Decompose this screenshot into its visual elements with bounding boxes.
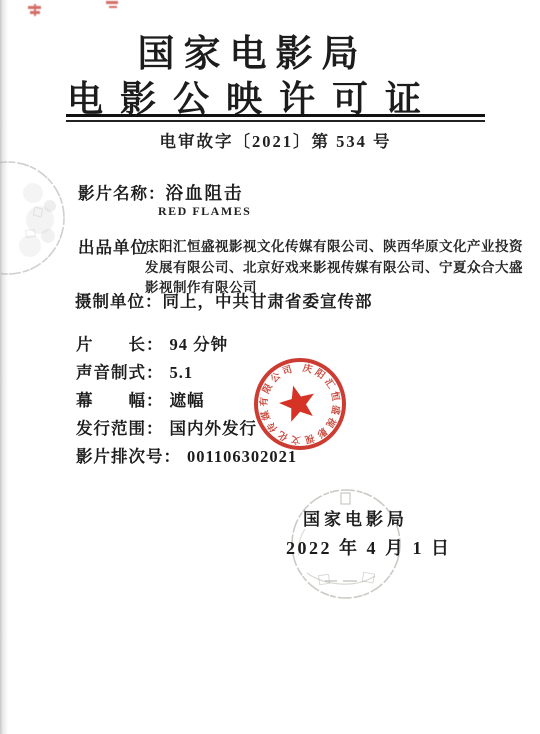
permit-title: 电影公映许可证 [0, 79, 505, 119]
issue-date: 2022 年 4 月 1 日 [286, 534, 452, 560]
sound-format-label: 声音制式： [76, 363, 164, 382]
double-rule [66, 114, 485, 123]
film-name-row: 影片名称：浴血阻击 [78, 180, 244, 205]
sound-format-row: 声音制式：5.1 [76, 359, 193, 383]
film-length-label: 片 长： [76, 335, 164, 354]
seal-star-icon [279, 386, 314, 422]
film-length-value: 94 分钟 [170, 335, 229, 354]
permit-document: 国家电影局 电影公映许可证 电审故字〔2021〕第 534 号 影片名称：浴血阻… [0, 0, 540, 734]
authority-title: 国家电影局 [0, 33, 505, 77]
screen-ratio-label: 幕 幅： [76, 391, 164, 410]
red-seal-fragment [106, 0, 118, 9]
issuing-authority: 国家电影局 [303, 505, 408, 530]
film-name-label: 影片名称： [78, 184, 166, 203]
film-serial-label: 影片排次号： [76, 447, 181, 466]
distribution-scope-value: 国内外发行 [170, 419, 258, 438]
production-unit-row: 摄制单位：同上，中共甘肃省委宣传部 [75, 288, 373, 312]
ghost-seal-left [0, 148, 78, 288]
film-length-row: 片 长：94 分钟 [76, 331, 228, 355]
red-company-seal: 庆阳汇恒盛视影视文化传媒有限公司 [248, 352, 352, 456]
production-unit-label: 摄制单位： [75, 292, 163, 311]
sound-format-value: 5.1 [170, 363, 194, 382]
screen-ratio-row: 幕 幅：遮幅 [76, 387, 205, 411]
production-unit-value: 同上，中共甘肃省委宣传部 [163, 292, 373, 311]
film-english-title: RED FLAMES [158, 204, 251, 219]
distribution-scope-row: 发行范围：国内外发行 [76, 415, 257, 439]
permit-number: 电审故字〔2021〕第 534 号 [66, 128, 485, 152]
screen-ratio-value: 遮幅 [170, 391, 205, 410]
red-seal-fragment [28, 4, 41, 16]
distribution-scope-label: 发行范围： [76, 419, 164, 438]
film-name-value: 浴血阻击 [166, 183, 244, 203]
